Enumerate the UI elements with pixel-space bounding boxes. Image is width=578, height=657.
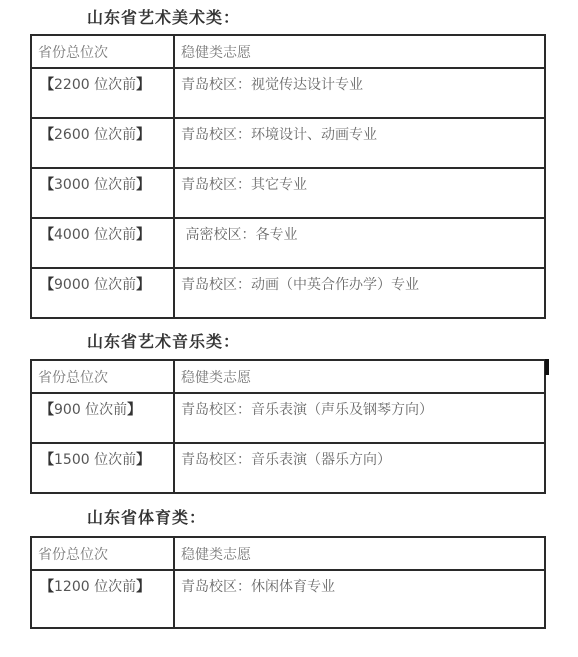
rank-cell: 【4000 位次前】 [31,218,174,268]
section-title-art-fine: 山东省艺术美术类： [87,8,240,28]
rank-cell: 【1200 位次前】 [31,570,174,628]
table-row: 【2600 位次前】 青岛校区：环境设计、动画专业 [31,118,545,168]
table-row: 【2200 位次前】 青岛校区：视觉传达设计专业 [31,68,545,118]
rank-cell: 【1500 位次前】 [31,443,174,493]
table-row: 【9000 位次前】 青岛校区：动画（中英合作办学）专业 [31,268,545,318]
rank-cell: 【2600 位次前】 [31,118,174,168]
choice-cell: 青岛校区：视觉传达设计专业 [174,68,545,118]
rank-cell: 【900 位次前】 [31,393,174,443]
choice-cell: 青岛校区：休闲体育专业 [174,570,545,628]
table-row: 【1500 位次前】 青岛校区：音乐表演（器乐方向） [31,443,545,493]
header-choice: 稳健类志愿 [174,537,545,570]
choice-cell: 青岛校区：动画（中英合作办学）专业 [174,268,545,318]
choice-cell: 青岛校区：音乐表演（声乐及钢琴方向） [174,393,545,443]
rank-cell: 【9000 位次前】 [31,268,174,318]
table-row: 【1200 位次前】 青岛校区：休闲体育专业 [31,570,545,628]
choice-cell: 青岛校区：其它专业 [174,168,545,218]
table-art-fine: 省份总位次 稳健类志愿 【2200 位次前】 青岛校区：视觉传达设计专业 【26… [30,34,546,319]
rank-cell: 【2200 位次前】 [31,68,174,118]
section-title-art-music: 山东省艺术音乐类： [87,332,240,352]
edge-mark [545,359,549,375]
header-rank: 省份总位次 [31,35,174,68]
table-row: 【4000 位次前】 高密校区：各专业 [31,218,545,268]
header-choice: 稳健类志愿 [174,35,545,68]
rank-cell: 【3000 位次前】 [31,168,174,218]
header-choice: 稳健类志愿 [174,360,545,393]
choice-cell: 高密校区：各专业 [174,218,545,268]
table-row: 【900 位次前】 青岛校区：音乐表演（声乐及钢琴方向） [31,393,545,443]
table-sports: 省份总位次 稳健类志愿 【1200 位次前】 青岛校区：休闲体育专业 [30,536,546,629]
section-title-sports: 山东省体育类： [87,508,206,528]
table-row: 【3000 位次前】 青岛校区：其它专业 [31,168,545,218]
table-art-music: 省份总位次 稳健类志愿 【900 位次前】 青岛校区：音乐表演（声乐及钢琴方向）… [30,359,546,494]
choice-cell: 青岛校区：环境设计、动画专业 [174,118,545,168]
table-header-row: 省份总位次 稳健类志愿 [31,537,545,570]
choice-cell: 青岛校区：音乐表演（器乐方向） [174,443,545,493]
table-header-row: 省份总位次 稳健类志愿 [31,360,545,393]
table-header-row: 省份总位次 稳健类志愿 [31,35,545,68]
header-rank: 省份总位次 [31,537,174,570]
header-rank: 省份总位次 [31,360,174,393]
